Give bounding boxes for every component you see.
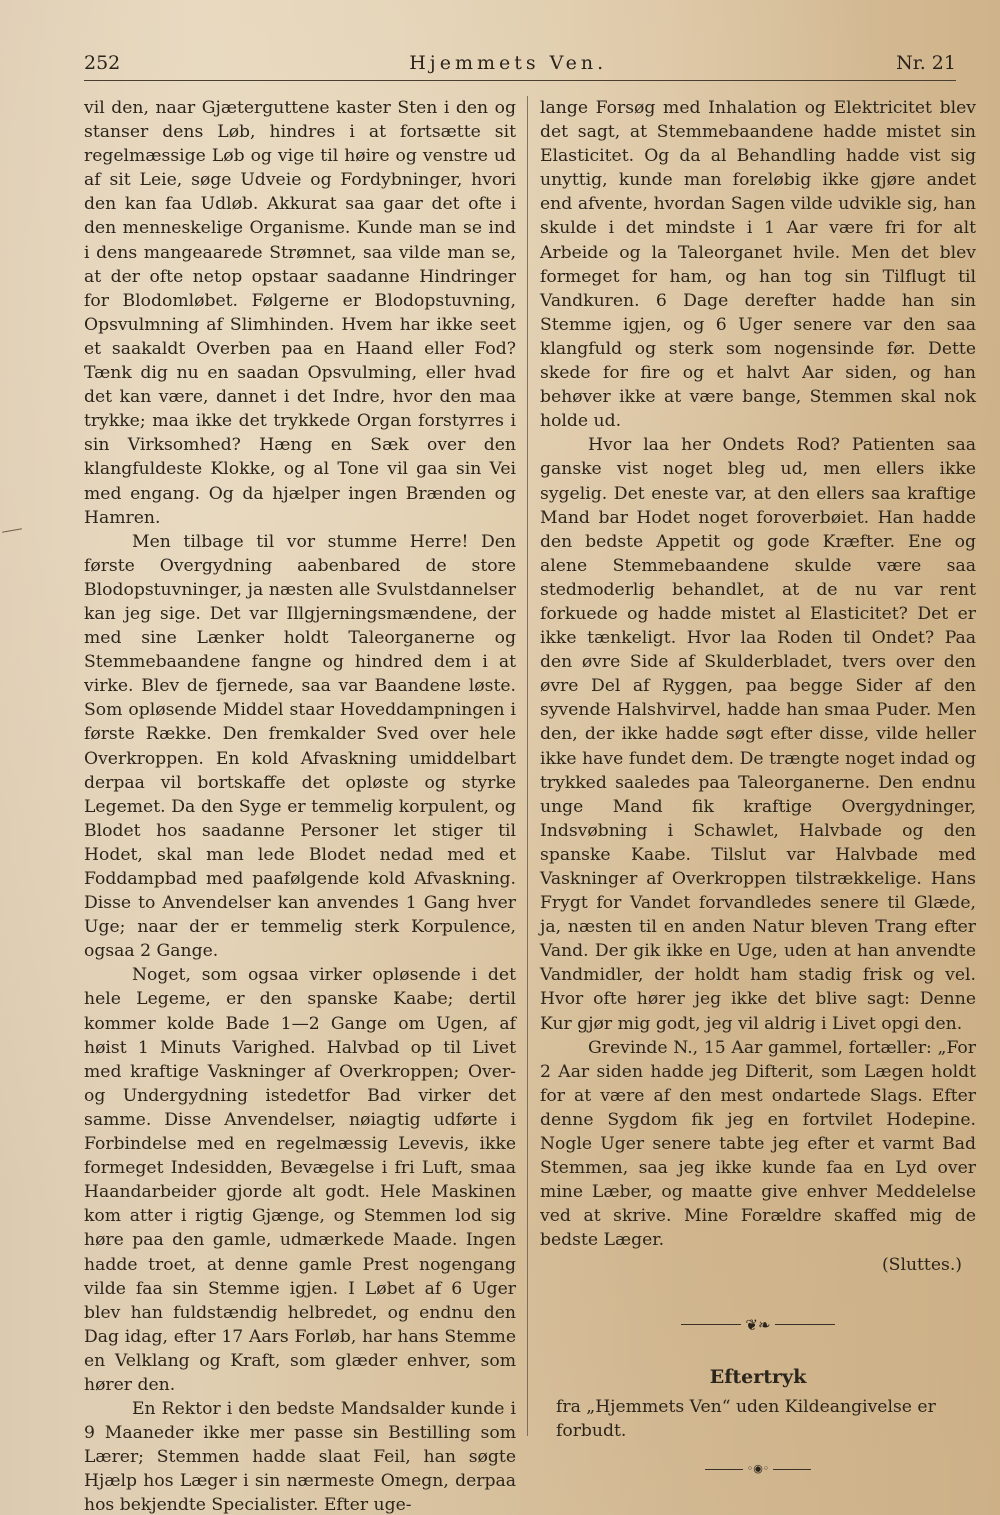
to-be-continued-note: (Sluttes.) [540, 1253, 976, 1277]
notice-title: Eftertryk [540, 1365, 976, 1389]
paragraph: lange Forsøg med Inhalation og Elektrici… [540, 96, 976, 433]
notice-body: fra „Hjemmets Ven“ uden Kildeangivelse e… [540, 1395, 976, 1443]
paragraph: Grevinde N., 15 Aar gammel, fortæller: „… [540, 1036, 976, 1253]
ornament-line [773, 1469, 811, 1470]
column-divider [527, 96, 528, 1436]
paragraph: Noget, som ogsaa virker opløsende i det … [84, 963, 516, 1397]
newspaper-page: 252 Hjemmets Ven. Nr. 21 vil den, naar G… [0, 0, 1000, 1515]
paragraph: Hvor laa her Ondets Rod? Patienten saa g… [540, 433, 976, 1035]
margin-pencil-mark [2, 528, 22, 532]
paragraph: vil den, naar Gjæterguttene kaster Sten … [84, 96, 516, 530]
left-column: vil den, naar Gjæterguttene kaster Sten … [84, 96, 516, 1515]
end-ornament: ◦◉◦ [540, 1457, 976, 1481]
page-number: 252 [84, 52, 120, 74]
ornament-line [775, 1324, 835, 1325]
ornament-line [705, 1469, 743, 1470]
running-title: Hjemmets Ven. [409, 52, 607, 74]
paragraph: Men tilbage til vor stumme Herre! Den fø… [84, 530, 516, 964]
ornament-line [681, 1324, 741, 1325]
fleuron-icon: ❦❧ [741, 1313, 774, 1337]
paragraph: En Rektor i den bedste Mandsalder kunde … [84, 1397, 516, 1515]
dot-ornament-icon: ◦◉◦ [743, 1457, 774, 1481]
page-header: 252 Hjemmets Ven. Nr. 21 [84, 52, 956, 80]
issue-number: Nr. 21 [896, 52, 956, 74]
header-rule [84, 80, 956, 81]
ornament-divider: ❦❧ [540, 1313, 976, 1337]
right-column: lange Forsøg med Inhalation og Elektrici… [540, 96, 976, 1481]
